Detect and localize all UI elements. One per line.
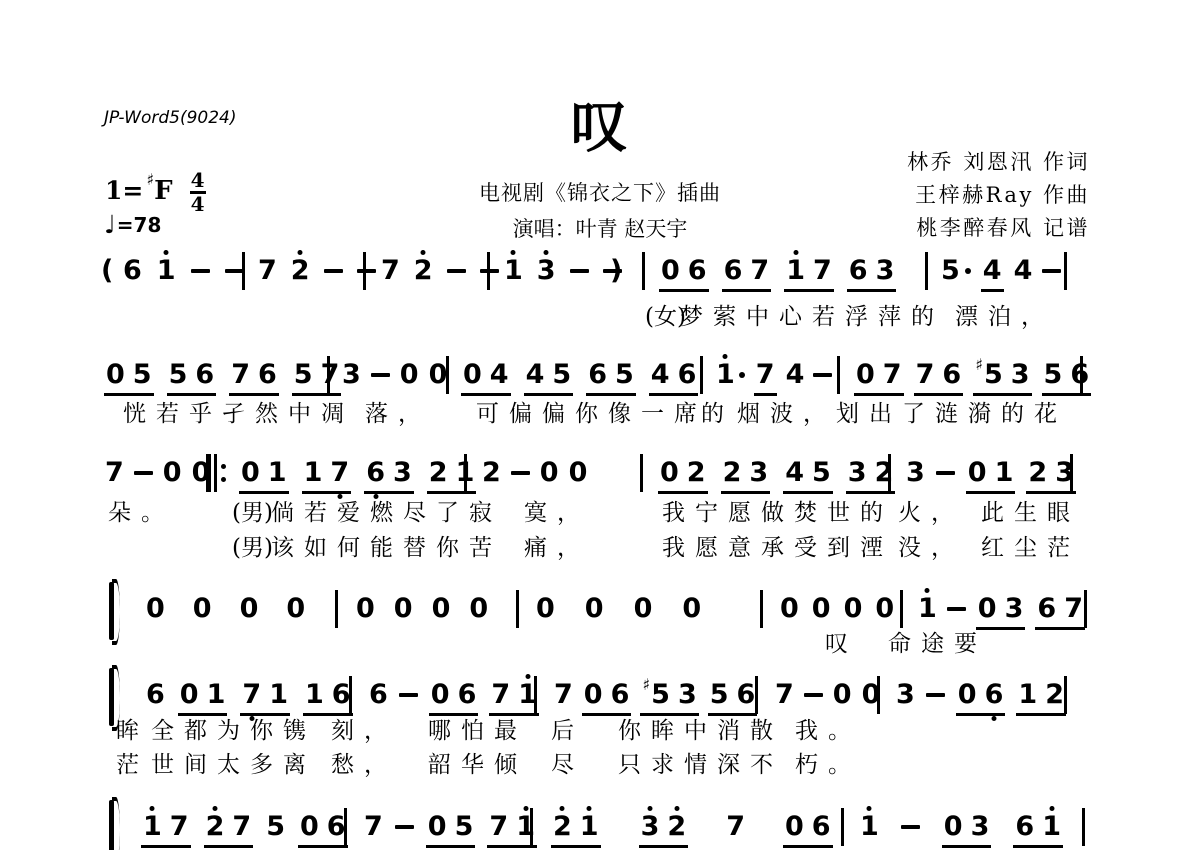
rest-note: 0: [634, 594, 653, 624]
note-4: 4: [651, 360, 670, 390]
dash-symbol: [1042, 269, 1061, 273]
key-prefix: 1=: [105, 176, 143, 206]
dash-symbol: [395, 825, 414, 829]
note-7: 7: [750, 256, 769, 286]
rest-note: 0: [469, 594, 488, 624]
beam-group: 17: [302, 458, 352, 494]
sharp-icon: ♯: [642, 677, 650, 710]
measure: 72: [258, 256, 376, 286]
beam-group: 06: [956, 680, 1006, 716]
lyric-segment: 倘若爱燃尽了寂: [271, 499, 502, 527]
measure: 10367: [918, 594, 1085, 630]
beam-group: 05: [426, 812, 476, 848]
note-7: 7: [381, 256, 400, 286]
note-7: 7: [242, 680, 261, 710]
measure: 700: [105, 458, 210, 488]
measure: 544: [941, 256, 1061, 292]
beam-group: 63: [847, 256, 897, 292]
beam-group: 12: [1016, 680, 1066, 716]
note-3: 3: [971, 812, 990, 842]
note-6: 6: [688, 256, 707, 286]
sharp-icon: ♯: [975, 357, 983, 390]
note-3: 3: [393, 458, 412, 488]
measure: 30612: [896, 680, 1066, 716]
barline: [642, 252, 645, 290]
note-3: 3: [876, 256, 895, 286]
note-1: 1: [504, 256, 523, 286]
dash-symbol: [324, 269, 343, 273]
lyric-segment: 划出了涟漪的花: [836, 400, 1067, 428]
note-7: 7: [883, 360, 902, 390]
note-3: 3: [749, 458, 768, 488]
rest-note: 0: [682, 594, 701, 624]
repeat-sign: [206, 454, 226, 492]
note-3: 3: [537, 256, 556, 286]
rest-note: 0: [193, 594, 212, 624]
note-6: 6: [146, 680, 165, 710]
measure: 2132706: [551, 812, 833, 848]
note-6: 6: [678, 360, 697, 390]
repeat-dots: [221, 464, 226, 482]
beam-group: 06: [298, 812, 348, 848]
beam-group: 76: [914, 360, 964, 396]
paren-symbol: (: [101, 256, 113, 286]
note-2: 2: [291, 256, 310, 286]
lyric-segment: 的: [911, 303, 944, 331]
measure: 04456546: [461, 360, 698, 396]
measure: 05567657: [104, 360, 341, 396]
beam-group: 21: [551, 812, 601, 848]
note-6: 6: [458, 680, 477, 710]
lyric-segment: 全都为你镌: [151, 717, 316, 745]
beam-group: 56: [708, 680, 758, 716]
note-6: 6: [195, 360, 214, 390]
note-5: 5: [1044, 360, 1063, 390]
time-signature: 4 4: [190, 171, 206, 214]
note-2: 2: [482, 458, 501, 488]
note-1: 1: [716, 360, 735, 390]
dash-symbol: [804, 693, 823, 697]
dash-symbol: [947, 607, 966, 611]
beam-group: 06: [783, 812, 833, 848]
measure: 0000: [146, 594, 305, 624]
measure: 01176321: [239, 458, 476, 494]
rest-note: 0: [300, 812, 319, 842]
note-6: 6: [737, 680, 756, 710]
rest-note: 0: [785, 812, 804, 842]
beam-group: 17: [784, 256, 834, 292]
lyricist-credit: 林乔 刘恩汛 作词: [907, 146, 1090, 176]
beam-group: 01: [239, 458, 289, 494]
rest-note: 0: [432, 594, 451, 624]
barline: [344, 808, 347, 846]
note-4: 4: [490, 360, 509, 390]
note-2: 2: [1045, 680, 1064, 710]
note-7: 7: [813, 256, 832, 286]
rest-note: 0: [431, 680, 450, 710]
dash-symbol: [134, 471, 153, 475]
rest-note: 0: [569, 458, 588, 488]
note-5: ♯5: [975, 360, 1003, 390]
measure: 10361: [860, 812, 1063, 848]
dash-symbol: [511, 471, 530, 475]
beam-group: 57: [292, 360, 342, 396]
measure: 0000: [356, 594, 488, 624]
rest-note: 0: [394, 594, 413, 624]
rest-note: 0: [106, 360, 125, 390]
note-6: 6: [812, 812, 831, 842]
rest-note: 0: [240, 594, 259, 624]
note-6: 6: [123, 256, 142, 286]
rest-note: 0: [844, 594, 863, 624]
note-6: 6: [985, 680, 1004, 710]
note-6: 6: [332, 680, 351, 710]
note-2: 2: [414, 256, 433, 286]
barline: [1064, 676, 1067, 714]
rest-note: 0: [428, 812, 447, 842]
dash-symbol: [371, 373, 390, 377]
lyric-segment: 落，: [365, 400, 431, 428]
rest-note: 0: [163, 458, 182, 488]
note-5: 5: [710, 680, 729, 710]
note-2: 2: [723, 458, 742, 488]
sharp-icon: ♯: [146, 172, 154, 188]
note-6: 6: [942, 360, 961, 390]
beam-group: 63: [364, 458, 414, 494]
note-6: 6: [258, 360, 277, 390]
note-5: 5: [455, 812, 474, 842]
note-2: 2: [553, 812, 572, 842]
rest-note: 0: [661, 256, 680, 286]
note-2: 2: [667, 812, 686, 842]
dash-symbol: [399, 693, 418, 697]
rest-note: 0: [968, 458, 987, 488]
barline: [888, 454, 891, 492]
barline: [755, 676, 758, 714]
note-4: 4: [1014, 256, 1033, 286]
rest-note: 0: [400, 360, 419, 390]
note-1: 1: [1042, 812, 1061, 842]
measure: 13: [504, 256, 622, 286]
beam-group: 03: [942, 812, 992, 848]
beam-group: 23: [721, 458, 771, 494]
note-1: 1: [1018, 680, 1037, 710]
rest-note: 0: [856, 360, 875, 390]
note-3: 3: [342, 360, 361, 390]
paren-symbol: ): [610, 256, 622, 286]
measure: 72: [381, 256, 499, 286]
measure: 61: [123, 256, 244, 286]
rest-note: 0: [356, 594, 375, 624]
note-1: 1: [157, 256, 176, 286]
rest-note: 0: [540, 458, 559, 488]
note-6: 6: [327, 812, 346, 842]
barline: [837, 356, 840, 394]
dash-symbol: [191, 269, 210, 273]
measure: 0776♯5356: [854, 360, 1091, 396]
barline: [1064, 252, 1067, 290]
lyric-segment: 我宁愿做焚世的: [662, 499, 893, 527]
lyric-segment: 梦萦中心若浮萍: [680, 303, 911, 331]
beam-group: 4: [981, 256, 1004, 292]
note-6: 6: [369, 680, 388, 710]
note-3: 3: [896, 680, 915, 710]
augmentation-dot: [739, 372, 745, 378]
barline: [1082, 808, 1085, 846]
note-5: 5: [941, 256, 960, 286]
note-1: 1: [918, 594, 937, 624]
lyric-segment: 寞，: [524, 499, 590, 527]
measure: 0000: [536, 594, 701, 624]
barline: [516, 590, 519, 628]
note-4: 4: [983, 256, 1002, 286]
barline: [925, 252, 928, 290]
note-7: 7: [364, 812, 383, 842]
beam-group: 16: [303, 680, 353, 716]
beam-group: 46: [649, 360, 699, 396]
note-1: 1: [143, 812, 162, 842]
note-5: 5: [133, 360, 152, 390]
repeat-dot: [221, 477, 226, 482]
note-3: 3: [678, 680, 697, 710]
repeat-thick-bar: [206, 454, 211, 492]
barline: [464, 454, 467, 492]
lyric-segment: (男): [232, 499, 273, 527]
measure: 174: [716, 360, 832, 396]
note-3: 3: [848, 458, 867, 488]
lyric-segment: 刻，: [331, 717, 397, 745]
beam-group: 7: [754, 360, 777, 396]
lyric-segment: 的: [701, 400, 734, 428]
note-7: 7: [726, 812, 745, 842]
barline: [530, 808, 533, 846]
note-7: 7: [232, 812, 251, 842]
barline: [1070, 454, 1073, 492]
rest-note: 0: [536, 594, 555, 624]
measure: 60671: [369, 680, 539, 716]
beam-group: 67: [722, 256, 772, 292]
lyric-segment: 痛，: [524, 534, 590, 562]
note-7: 7: [105, 458, 124, 488]
note-7: 7: [756, 360, 775, 390]
dash-symbol: [570, 269, 589, 273]
note-1: 1: [268, 458, 287, 488]
note-4: 4: [785, 458, 804, 488]
note-5: 5: [552, 360, 571, 390]
augmentation-dot: [965, 268, 971, 274]
note-6: 6: [1015, 812, 1034, 842]
transcriber-credit: 桃李醉春风 记谱: [916, 212, 1090, 242]
barline: [487, 252, 490, 290]
sheet-music-page: JP-Word5(9024) 叹 电视剧《锦衣之下》插曲 演唱：叶青 赵天宇 林…: [0, 0, 1200, 850]
measure: 30123: [906, 458, 1076, 494]
rest-note: 0: [180, 680, 199, 710]
measure: 700: [775, 680, 880, 710]
beam-group: 32: [639, 812, 689, 848]
barline: [242, 252, 245, 290]
note-2: 2: [1028, 458, 1047, 488]
rest-note: 0: [660, 458, 679, 488]
note-3: 3: [641, 812, 660, 842]
repeat-thin-bar: [214, 454, 217, 492]
note-5: 5: [615, 360, 634, 390]
barline: [349, 676, 352, 714]
beam-group: 07: [854, 360, 904, 396]
lyric-segment: 叹: [825, 630, 858, 658]
note-7: 7: [775, 680, 794, 710]
composer-credit: 王梓赫Ray 作曲: [915, 179, 1090, 209]
lyric-segment: (男): [232, 534, 273, 562]
beam-group: 65: [586, 360, 636, 396]
note-7: 7: [489, 812, 508, 842]
dash-symbol: [936, 471, 955, 475]
note-5: 5: [266, 812, 285, 842]
measure: 0000: [780, 594, 894, 624]
lyric-segment: 我。: [795, 717, 861, 745]
barline: [363, 252, 366, 290]
beam-group: 76: [229, 360, 279, 396]
system-bracket: [109, 582, 121, 640]
note-7: 7: [231, 360, 250, 390]
lyric-segment: 我愿意承受到湮: [662, 534, 893, 562]
time-numerator: 4: [191, 171, 205, 190]
note-1: 1: [786, 256, 805, 286]
beam-group: 03: [976, 594, 1026, 630]
beam-group: ♯53: [640, 680, 698, 716]
beam-group: 23: [1026, 458, 1076, 494]
measure: 706♯5356: [554, 680, 757, 716]
measure: 200: [482, 458, 587, 488]
lyric-segment: 恍若乎孑然中凋: [123, 400, 354, 428]
lyric-segment: 此生眼: [981, 499, 1080, 527]
lyric-segment: 红尘茫: [981, 534, 1080, 562]
lyric-segment: 茫: [116, 751, 149, 779]
lyric-segment: 你眸中消散: [618, 717, 783, 745]
lyric-segment: 眸: [116, 717, 149, 745]
lyric-segment: 后: [551, 717, 584, 745]
barline: [1080, 356, 1083, 394]
time-denominator: 4: [191, 195, 205, 214]
rest-note: 0: [584, 680, 603, 710]
barline: [534, 676, 537, 714]
rest-note: 0: [429, 360, 448, 390]
lyric-segment: 命途要: [888, 630, 987, 658]
dash-symbol: [225, 269, 244, 273]
note-7: 7: [330, 458, 349, 488]
note-7: 7: [491, 680, 510, 710]
lyric-segment: 可偏偏你像一席: [476, 400, 707, 428]
note-1: 1: [269, 680, 288, 710]
beam-group: 21: [427, 458, 477, 494]
lyric-segment: 哪怕最: [428, 717, 527, 745]
note-2: 2: [206, 812, 225, 842]
beam-group: 61: [1013, 812, 1063, 848]
rest-note: 0: [463, 360, 482, 390]
note-7: 7: [554, 680, 573, 710]
lyric-segment: 只求情深不: [618, 751, 783, 779]
note-5: ♯5: [642, 680, 670, 710]
tempo-value: =78: [117, 213, 162, 237]
beam-group: 45: [783, 458, 833, 494]
note-6: 6: [849, 256, 868, 286]
rest-note: 0: [944, 812, 963, 842]
beam-group: 06: [429, 680, 479, 716]
barline: [327, 356, 330, 394]
note-5: 5: [169, 360, 188, 390]
beam-group: 56: [1042, 360, 1092, 396]
note-7: 7: [916, 360, 935, 390]
key-signature: 1= ♯ F 4 4: [105, 176, 206, 214]
lyric-segment: 世间太多离: [151, 751, 316, 779]
rest-note: 0: [812, 594, 831, 624]
lyric-segment: 韶华倾: [428, 751, 527, 779]
lyric-segment: 该如何能替你苦: [271, 534, 502, 562]
beam-group: 71: [240, 680, 290, 716]
beam-group: 01: [178, 680, 228, 716]
lyric-segment: 烟波，: [737, 400, 836, 428]
note-6: 6: [611, 680, 630, 710]
beam-group: 56: [167, 360, 217, 396]
beam-group: 67: [1035, 594, 1085, 630]
measure: 02234532: [658, 458, 895, 494]
note-2: 2: [429, 458, 448, 488]
system-bracket: [109, 800, 121, 850]
lyric-segment: 漂泊，: [955, 303, 1054, 331]
note-1: 1: [207, 680, 226, 710]
repeat-dot: [221, 464, 226, 469]
lyric-segment: 愁，: [331, 751, 397, 779]
note-6: 6: [366, 458, 385, 488]
note-4: 4: [786, 360, 805, 390]
beam-group: 71: [489, 680, 539, 716]
rest-note: 0: [958, 680, 977, 710]
lyric-segment: 朽。: [795, 751, 861, 779]
note-4: 4: [526, 360, 545, 390]
key-letter: F: [154, 176, 172, 206]
barline: [1084, 590, 1087, 628]
rest-note: 0: [780, 594, 799, 624]
rest-note: 0: [146, 594, 165, 624]
beam-group: ♯53: [973, 360, 1031, 396]
dash-symbol: [813, 373, 832, 377]
rest-note: 0: [241, 458, 260, 488]
measure: 70571: [364, 812, 537, 848]
note-1: 1: [305, 680, 324, 710]
dash-symbol: [901, 825, 920, 829]
measure: 300: [342, 360, 447, 390]
quarter-note-icon: ♩: [104, 212, 116, 238]
barline: [640, 454, 643, 492]
lyric-segment: 尽: [551, 751, 584, 779]
beam-group: 06: [582, 680, 632, 716]
note-6: 6: [724, 256, 743, 286]
rest-note: 0: [978, 594, 997, 624]
beam-group: 27: [204, 812, 254, 848]
note-7: 7: [170, 812, 189, 842]
note-3: 3: [1011, 360, 1030, 390]
note-6: 6: [1037, 594, 1056, 624]
rest-note: 0: [875, 594, 894, 624]
measure: 06671763: [659, 256, 896, 292]
note-6: 6: [588, 360, 607, 390]
note-1: 1: [580, 812, 599, 842]
beam-group: 02: [658, 458, 708, 494]
dash-symbol: [357, 269, 376, 273]
note-7: 7: [258, 256, 277, 286]
lyric-segment: 没，: [898, 534, 964, 562]
barline: [700, 356, 703, 394]
beam-group: 45: [524, 360, 574, 396]
